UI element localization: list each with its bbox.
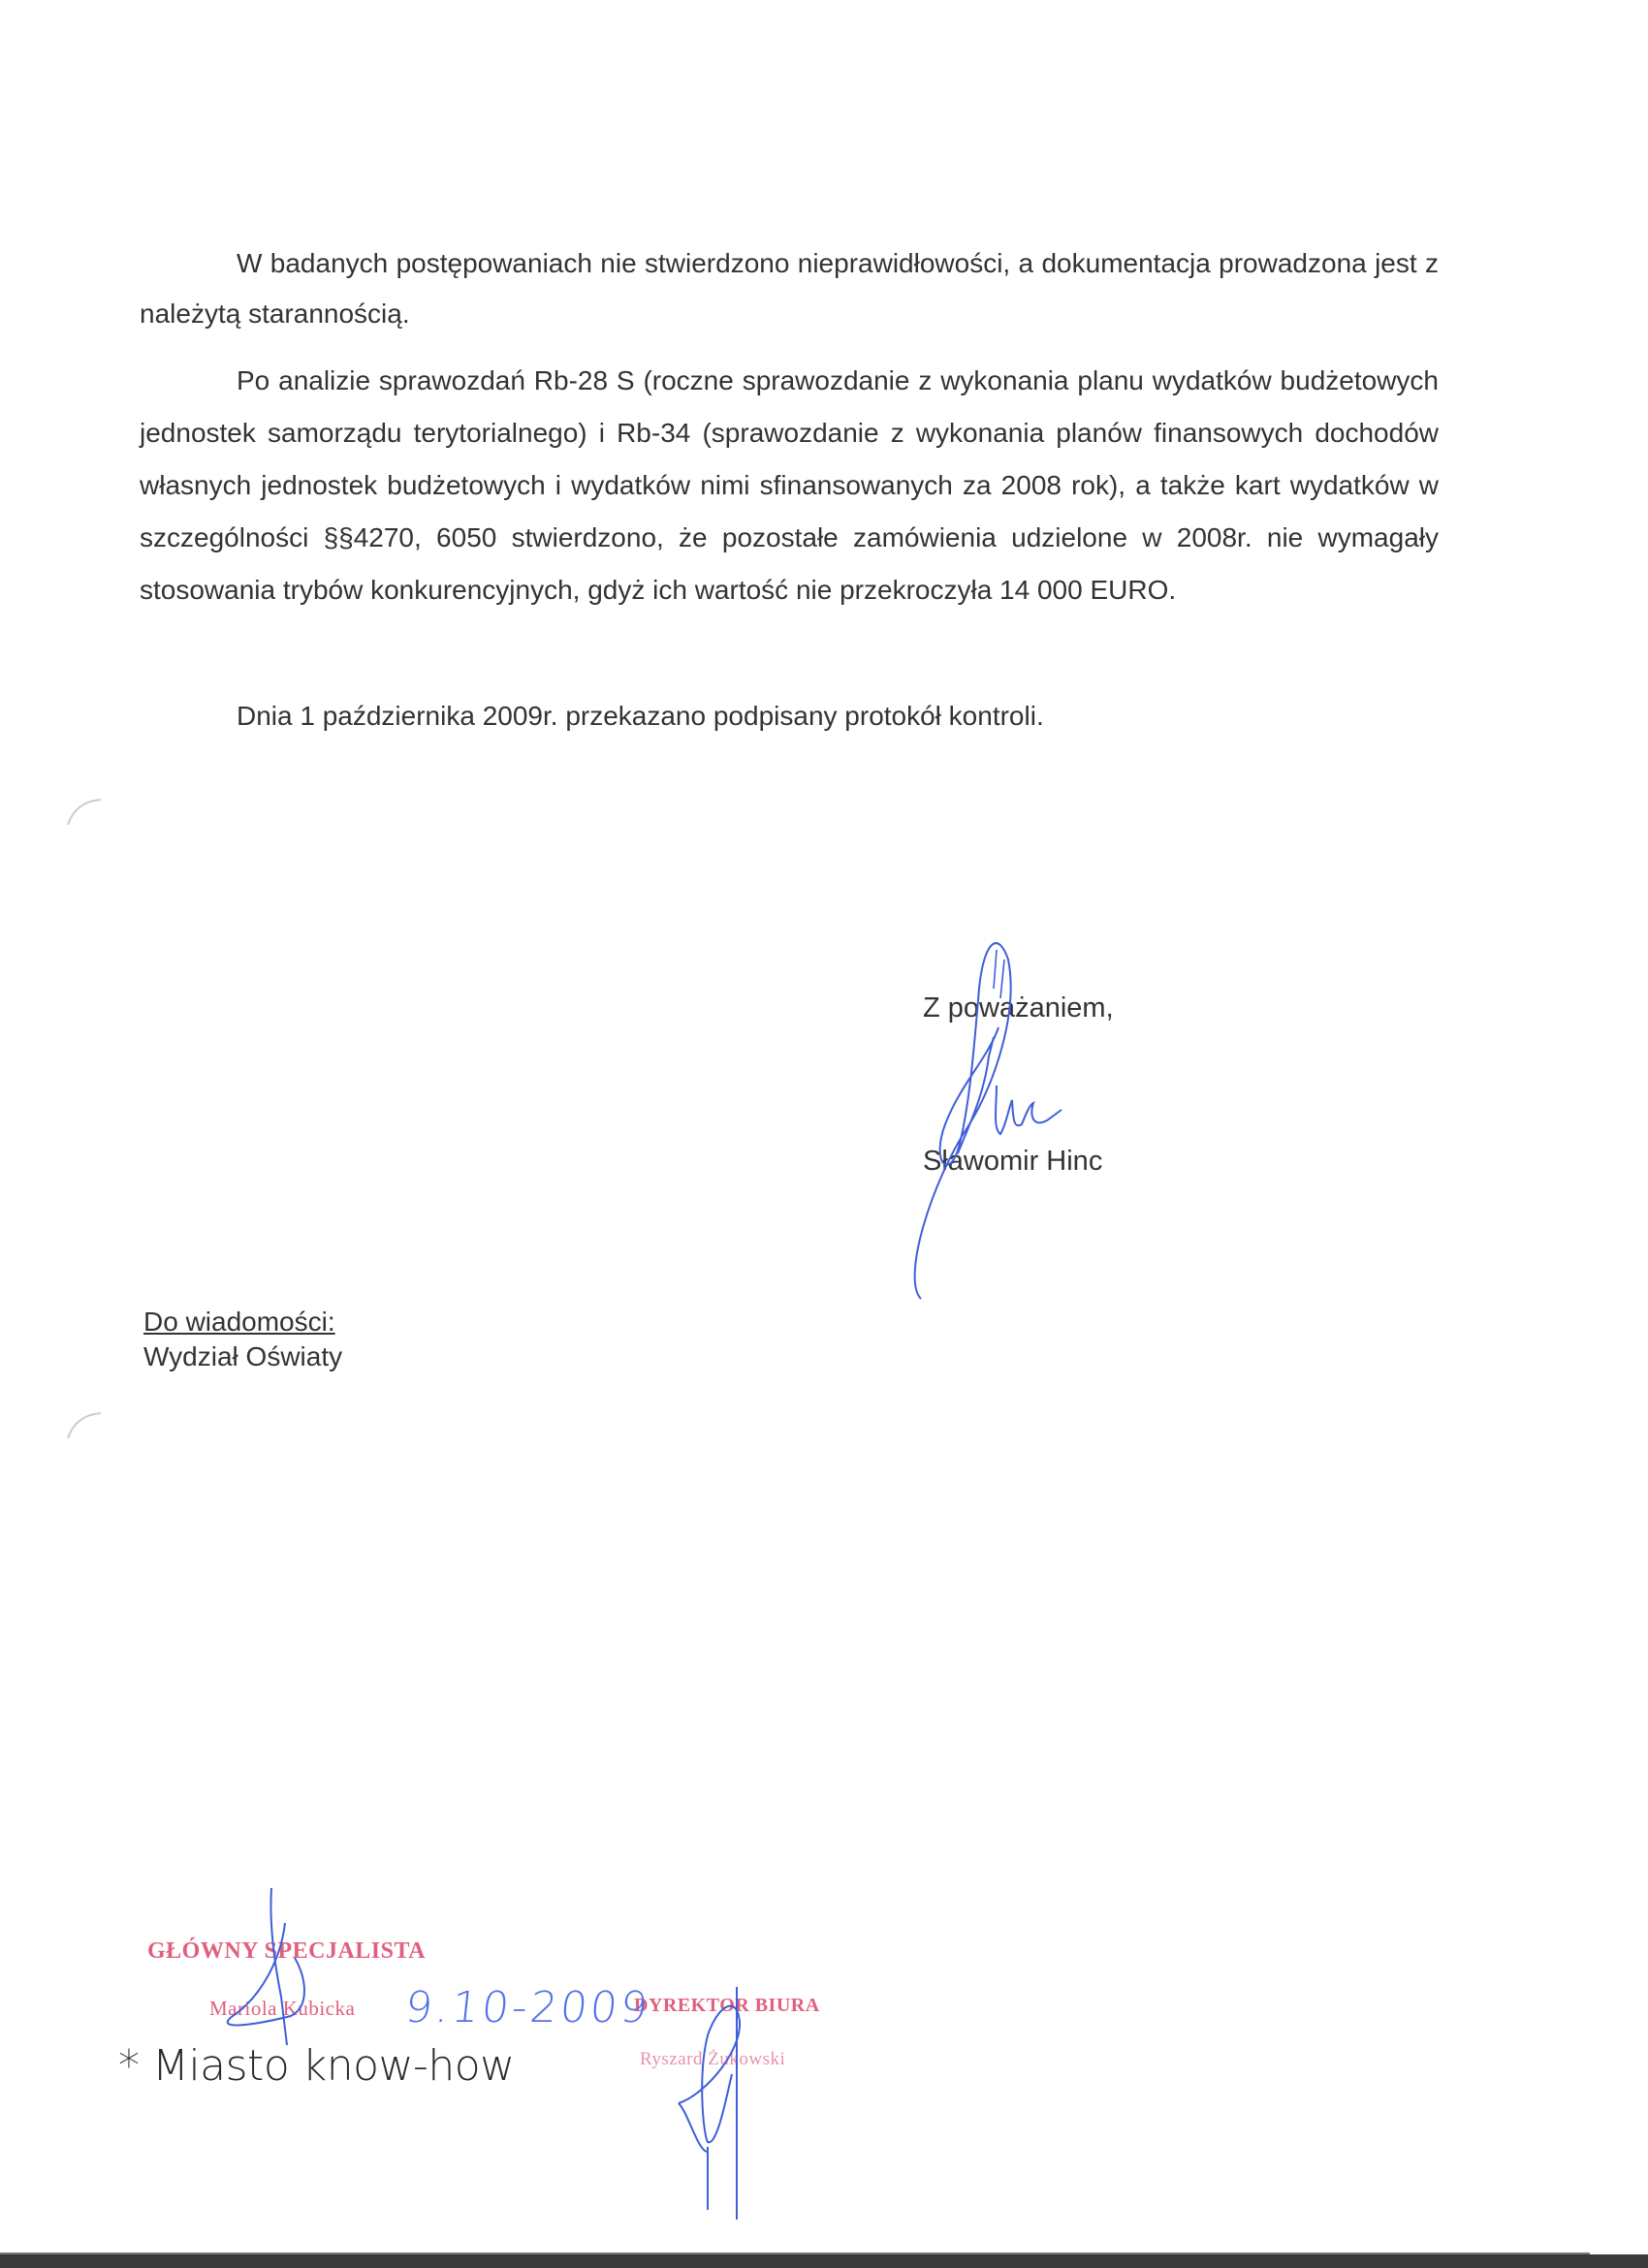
scan-artifact-arc <box>58 790 116 829</box>
distribution-recipient: Wydział Oświaty <box>143 1339 342 1374</box>
distribution-block: Do wiadomości: Wydział Oświaty <box>143 1305 342 1374</box>
closing-greeting: Z poważaniem, <box>923 992 1114 1024</box>
paragraph-text: Po analizie sprawozdań Rb-28 S (roczne s… <box>140 365 1439 605</box>
paragraph-protocol: Dnia 1 października 2009r. przekazano po… <box>237 690 1400 742</box>
signature-hinc <box>892 930 1105 1308</box>
paragraph-analysis: Po analizie sprawozdań Rb-28 S (roczne s… <box>140 355 1439 616</box>
stamp-title-specialist: GŁÓWNY SPECJALISTA <box>147 1938 426 1965</box>
paragraph-text: Dnia 1 października 2009r. przekazano po… <box>237 701 1044 731</box>
scan-artifact-arc <box>58 1403 116 1442</box>
distribution-title: Do wiadomości: <box>143 1305 342 1339</box>
paragraph-text: W badanych postępowaniach nie stwierdzon… <box>140 248 1439 329</box>
stamp-name-director: Ryszard Żukowski <box>640 2049 785 2070</box>
scan-bottom-edge <box>0 2254 1648 2268</box>
stamp-title-director: DYREKTOR BIURA <box>634 1995 820 2017</box>
footer-logo-miasto-know-how: * Miasto know-how <box>118 2041 515 2091</box>
signatory-name: Sławomir Hinc <box>923 1146 1102 1178</box>
signature-kubicka <box>194 1880 349 2055</box>
paragraph-findings: W badanych postępowaniach nie stwierdzon… <box>140 238 1439 339</box>
handwritten-date: 9.10-2009 <box>402 1983 652 2032</box>
stamp-name-specialist: Mariola Kubicka <box>209 1997 355 2021</box>
